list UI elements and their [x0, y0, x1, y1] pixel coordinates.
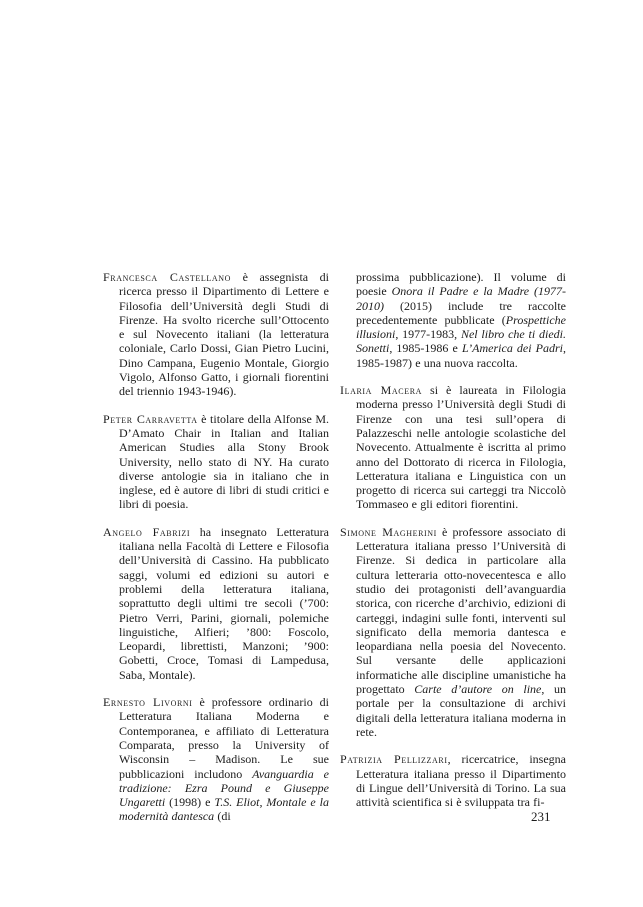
author-name: Patrizia Pellizzari: [340, 752, 448, 766]
book-page: Francesca Castellano è assegnista di ric…: [0, 0, 643, 907]
bio-paragraph: prossima pubblicazione). Il volume di po…: [340, 270, 566, 370]
author-name: Ilaria Macera: [340, 383, 422, 397]
bio-paragraph: Peter Carravetta è titolare della Alfons…: [103, 412, 329, 512]
author-name: Francesca Castellano: [103, 270, 231, 284]
work-title: Carte d’autore on line: [414, 682, 541, 696]
bio-text: , 1985-1986 e: [389, 341, 462, 355]
bio-text: è assegnista di ricerca presso il Dipart…: [119, 270, 329, 398]
bio-paragraph: Patrizia Pellizzari, ricercatrice, inseg…: [340, 752, 566, 809]
bio-text: ha insegnato Letteratura italiana nella …: [119, 525, 329, 682]
author-name: Ernesto Livorni: [103, 695, 193, 709]
bio-paragraph: Angelo Fabrizi ha insegnato Letteratura …: [103, 525, 329, 682]
bio-text: è titolare della Alfonse M. D’Amato Chai…: [119, 412, 329, 512]
bio-text: (di: [214, 809, 231, 823]
bio-paragraph: Ernesto Livorni è professore ordinario d…: [103, 695, 329, 824]
author-name: Peter Carravetta: [103, 412, 198, 426]
bio-text: è professore associato di Letteratura it…: [356, 525, 566, 696]
page-number: 231: [531, 809, 551, 824]
column-left: Francesca Castellano è assegnista di ric…: [103, 270, 329, 837]
column-right: prossima pubblicazione). Il volume di po…: [340, 270, 566, 837]
bio-paragraph: Simone Magherini è professore associato …: [340, 525, 566, 739]
bio-text: si è laureata in Filologia moderna press…: [356, 383, 566, 511]
bio-text: , 1977-1983,: [395, 327, 461, 341]
author-name: Simone Magherini: [340, 525, 437, 539]
bio-text: (1998) e: [165, 795, 214, 809]
bio-paragraph: Francesca Castellano è assegnista di ric…: [103, 270, 329, 399]
work-title: L’America dei Padri: [462, 341, 563, 355]
contributors-text-block: Francesca Castellano è assegnista di ric…: [103, 270, 566, 837]
bio-paragraph: Ilaria Macera si è laureata in Filologia…: [340, 383, 566, 512]
author-name: Angelo Fabrizi: [103, 525, 190, 539]
